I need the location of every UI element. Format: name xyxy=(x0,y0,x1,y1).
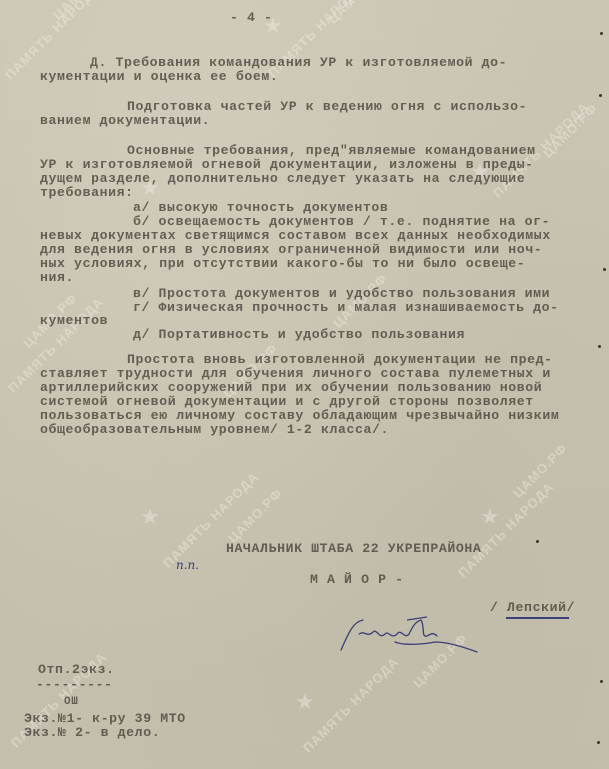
speck xyxy=(599,94,602,97)
paragraph-line: пользоваться ею личному составу обладающ… xyxy=(40,409,559,423)
star-icon: ★ xyxy=(295,690,315,715)
requirement-b: б/ освещаемость документов / т.е. поднят… xyxy=(133,215,550,229)
requirement-g: г/ Физическая прочность и малая изнашива… xyxy=(133,301,559,315)
speck xyxy=(536,540,539,543)
name-underline xyxy=(506,617,569,619)
paragraph-line: артиллерийских сооружений при их обучени… xyxy=(40,381,542,395)
speck xyxy=(600,680,603,683)
signatory-title: НАЧАЛЬНИК ШТАБА 22 УКРЕПРАЙОНА xyxy=(226,542,481,556)
subheading-cont: ванием документации. xyxy=(40,114,210,128)
speck xyxy=(597,741,600,744)
subheading: Подготовка частей УР к ведению огня с ис… xyxy=(127,100,527,114)
star-icon: ★ xyxy=(140,505,160,530)
paragraph-line: УР к изготовляемой огневой документации,… xyxy=(40,158,534,172)
paragraph-line: требования: xyxy=(40,186,134,200)
signature-icon xyxy=(335,612,485,657)
speck xyxy=(603,268,606,271)
section-heading-cont: кументации и оценка ее боем. xyxy=(40,70,278,84)
requirement-b-cont: ных условиях, при отсутствии какого-бы т… xyxy=(40,257,525,271)
requirement-a: а/ высокую точность документов xyxy=(133,201,388,215)
paragraph-line: Простота вновь изготовленной документаци… xyxy=(127,353,553,367)
divider: --------- xyxy=(36,678,113,692)
signatory-name: / Лепский/ xyxy=(490,601,575,615)
requirement-b-cont: ния. xyxy=(40,271,74,285)
paragraph-line: Основные требования, пред"являемые коман… xyxy=(127,144,536,158)
section-heading: Д. Требования командования УР к изготовл… xyxy=(90,56,507,70)
paragraph-line: дущем разделе, дополнительно следует ука… xyxy=(40,172,525,186)
speck xyxy=(598,345,601,348)
document-page: ПАМЯТЬ НАРОДА ЦАМО.РФ ПАМЯТЬ НАРОДА ЦАМО… xyxy=(0,0,609,769)
requirement-d: д/ Портативность и удобство пользования xyxy=(133,328,465,342)
paragraph-line: общеобразовательным уровнем/ 1-2 класса/… xyxy=(40,423,389,437)
paragraph-line: ставляет трудности для обучения личного … xyxy=(40,367,551,381)
watermark: ПАМЯТЬ НАРОДА xyxy=(455,479,557,581)
copy-2-recipient: Экз.№ 2- в дело. xyxy=(24,726,160,740)
signatory-rank: М А Й О Р - xyxy=(310,573,404,587)
speck xyxy=(600,32,603,35)
handwritten-initials: п.п. xyxy=(176,558,199,572)
requirement-b-cont: для ведения огня в условиях ограниченной… xyxy=(40,243,542,257)
copy-1-recipient: Экз.№1- к-ру 39 МТО xyxy=(24,712,186,726)
page-number: - 4 - xyxy=(230,11,273,25)
star-icon: ★ xyxy=(480,505,500,530)
requirement-v: в/ Простота документов и удобство пользо… xyxy=(133,287,550,301)
watermark: ПАМЯТЬ НАРОДА xyxy=(300,654,402,756)
typist-initials: ОШ xyxy=(64,695,78,709)
requirement-b-cont: невых документах светящимся составом все… xyxy=(40,229,551,243)
copies-count: Отп.2экз. xyxy=(38,663,115,677)
paragraph-line: системой огневой документации и с другой… xyxy=(40,395,534,409)
requirement-g-cont: кументов xyxy=(40,314,108,328)
